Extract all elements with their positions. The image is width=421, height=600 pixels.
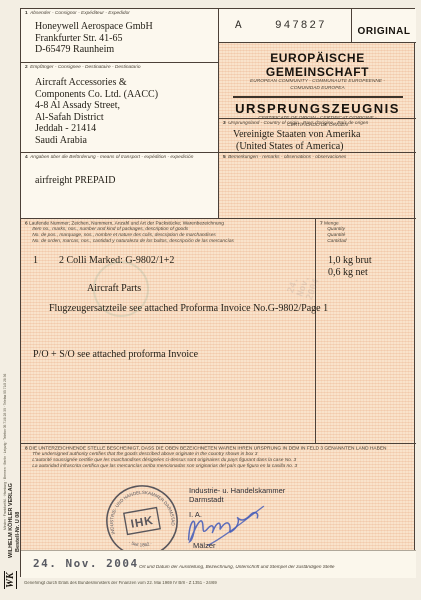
box6-label-de: Laufende Nummer; Zeichen, Nummern, Anzah…: [29, 221, 224, 226]
box7-label-en: Quantity: [327, 227, 345, 232]
legal-en: The undersigned authority certifies that…: [32, 452, 257, 457]
publisher-name: WILHELM KÖHLER VERLAG: [8, 483, 14, 558]
consignee-address: Aircraft Accessories & Components Co. Lt…: [21, 71, 218, 146]
certificate-title: URSPRUNGSZEUGNIS: [219, 101, 416, 116]
issue-place-date-label: Ort und Datum der Ausstellung, Bezeichnu…: [139, 565, 334, 570]
box2-label-text: Empfänger - Consignee - Destinataire - D…: [30, 65, 140, 70]
original-box: ORIGINAL: [351, 9, 416, 43]
header-block: EUROPÄISCHE GEMEINSCHAFT EUROPEAN COMMUN…: [219, 43, 416, 119]
serial-letter: A: [235, 20, 244, 32]
chamber-line-1: Industrie- u. Handelskammer: [189, 486, 285, 495]
original-label: ORIGINAL: [358, 26, 411, 37]
box3-number: 3: [223, 121, 226, 126]
box7-quantity: 7 Menge Quantity Quantité Cantidad 1,0 k…: [316, 219, 416, 444]
consignee-line: Saudi Arabia: [35, 135, 218, 147]
box4-number: 4: [25, 155, 28, 160]
consignor-line: Frankfurter Str. 41-65: [35, 33, 218, 45]
box7-label-de: Menge: [324, 221, 339, 226]
quantity-line: 1,0 kg brut: [328, 255, 372, 267]
consignee-line: Components Co. Ltd. (AACC): [35, 89, 218, 101]
box4-transport: 4Angaben über die Beförderung - means of…: [21, 153, 219, 219]
order-reference: P/O + S/O see attached proforma Invoice: [33, 349, 198, 361]
publisher-logo: WK: [4, 571, 17, 589]
country-line: (United States of America): [233, 141, 416, 153]
certificate-of-origin-document: Minden · Frankfurt/M. · Hamburg · Bremen…: [0, 0, 421, 600]
goods-description-de: Flugzeugersatzteile see attached Proform…: [49, 303, 328, 315]
box4-label: 4Angaben über die Beförderung - means of…: [21, 153, 218, 159]
issue-date-stamp: 24. Nov. 2004: [33, 557, 139, 570]
box5-label-text: Bemerkungen - remarks - observations - o…: [228, 155, 346, 160]
box6-label-es: No. de orden, marcas, nos., cantidad y n…: [32, 239, 234, 244]
box6-label: 6 Laufende Nummer; Zeichen, Nummern, Anz…: [21, 219, 315, 244]
header-divider: [233, 96, 403, 98]
consignor-line: D-65479 Raunheim: [35, 44, 218, 56]
box6-goods-description: 6 Laufende Nummer; Zeichen, Nummern, Anz…: [21, 219, 316, 444]
box8-certification: 8 DIE UNTERZEICHNENDE STELLE BESCHEINIGT…: [21, 444, 416, 578]
quantity-line: 0,6 kg net: [328, 267, 372, 279]
transport-means: airfreight PREPAID: [21, 161, 218, 187]
signer-name: Mälzer: [193, 541, 216, 550]
country-of-origin: Vereinigte Staaten von Amerika (United S…: [219, 127, 416, 152]
box3-country-of-origin: 3Ursprungsland - Country of origin - Pay…: [219, 119, 416, 153]
svg-text:· Seit 1862 ·: · Seit 1862 ·: [127, 536, 152, 550]
box5-number: 5: [223, 155, 226, 160]
consignee-line: 4-8 Al Assady Street,: [35, 100, 218, 112]
box3-label-text: Ursprungsland - Country of origin - Pays…: [228, 121, 368, 126]
community-subtitle-1: EUROPEAN COMMUNITY - COMMUNAUTE EUROPEEN…: [239, 79, 397, 85]
box6-label-fr: No. de pos., marquage, nos., nombre et n…: [32, 233, 216, 238]
legal-fr: L'autorité soussignée certifie que les m…: [32, 458, 296, 463]
approval-footnote: Genehmigt durch Erlaß des Bundesminister…: [24, 581, 217, 585]
stamp-ring-bottom-text: · Seit 1862 ·: [127, 536, 152, 550]
box7-number: 7: [320, 221, 323, 226]
publisher-addresses: Minden · Frankfurt/M. · Hamburg · Bremen…: [4, 374, 7, 530]
legal-es: La autoridad infrascrita certifica que l…: [32, 464, 297, 469]
box2-consignee: 2Empfänger - Consignee - Destinataire - …: [21, 63, 219, 153]
box3-label: 3Ursprungsland - Country of origin - Pay…: [219, 119, 416, 125]
consignee-line: Aircraft Accessories &: [35, 77, 218, 89]
community-subtitle-2: COMUNIDAD EUROPEA: [239, 86, 397, 92]
serial-number: 947827: [275, 20, 327, 32]
consignor-address: Honeywell Aerospace GmbH Frankfurter Str…: [21, 17, 218, 56]
consignor-line: Honeywell Aerospace GmbH: [35, 21, 218, 33]
box6-label-en: Item no., marks, nos., number and kind o…: [32, 227, 188, 232]
consignee-line: Al-Safah District: [35, 112, 218, 124]
chamber-name: Industrie- u. Handelskammer Darmstadt: [189, 486, 285, 504]
faint-stamp-residue: [93, 261, 149, 317]
box2-label: 2Empfänger - Consignee - Destinataire - …: [21, 63, 218, 69]
box6-number: 6: [25, 221, 28, 226]
legal-de: DIE UNTERZEICHNENDE STELLE BESCHEINIGT, …: [29, 446, 386, 451]
box7-label-es: Cantidad: [327, 239, 346, 244]
community-title: EUROPÄISCHE GEMEINSCHAFT: [219, 51, 416, 79]
date-band: 24. Nov. 2004 Ort und Datum der Ausstell…: [21, 550, 416, 578]
consignee-line: Jeddah - 21414: [35, 123, 218, 135]
box5-label: 5Bemerkungen - remarks - observations - …: [219, 153, 416, 159]
box7-label-fr: Quantité: [327, 233, 345, 238]
box1-number: 1: [25, 11, 28, 16]
box8-number: 8: [25, 446, 28, 451]
box7-label: 7 Menge Quantity Quantité Cantidad: [316, 219, 416, 244]
box1-label-text: Absender - Consignor - Expéditeur - Expe…: [30, 11, 130, 16]
stamp-center-text: IHK: [130, 514, 155, 531]
box1-label: 1Absender - Consignor - Expéditeur - Exp…: [21, 9, 218, 15]
box1-consignor: 1Absender - Consignor - Expéditeur - Exp…: [21, 9, 219, 63]
country-line: Vereinigte Staaten von Amerika: [233, 129, 416, 141]
box4-label-text: Angaben über die Beförderung - means of …: [30, 155, 193, 160]
serial-box: A 947827: [219, 9, 351, 43]
box8-legal-text: 8 DIE UNTERZEICHNENDE STELLE BESCHEINIGT…: [21, 444, 416, 469]
box2-number: 2: [25, 65, 28, 70]
item-number: 1: [33, 255, 38, 267]
quantity-values: 1,0 kg brut 0,6 kg net: [328, 255, 372, 278]
form-body: 1Absender - Consignor - Expéditeur - Exp…: [20, 8, 415, 577]
box5-remarks: 5Bemerkungen - remarks - observations - …: [219, 153, 416, 219]
